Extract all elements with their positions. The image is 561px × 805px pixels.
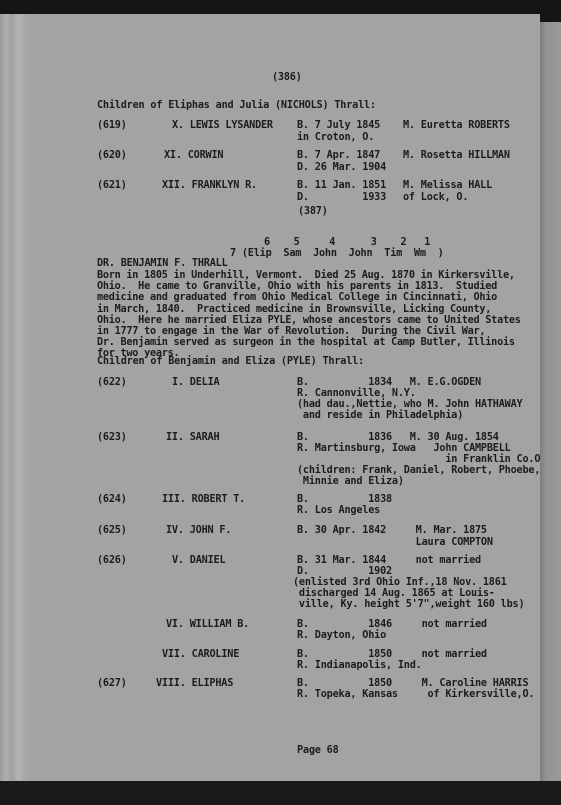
page-fold-right bbox=[540, 22, 561, 782]
entry-name: X. LEWIS LYSANDER bbox=[172, 120, 273, 133]
entry-detail: D. 1933 bbox=[297, 192, 386, 205]
page-number-top: (386) bbox=[272, 72, 302, 85]
entry-num: (627) bbox=[97, 678, 127, 691]
entry-detail: ville, Ky. height 5'7",weight 160 lbs) bbox=[293, 599, 524, 612]
entry-name: IV. JOHN F. bbox=[166, 525, 231, 538]
entry-num: (621) bbox=[97, 180, 127, 193]
entry-num: (626) bbox=[97, 555, 127, 568]
entry-detail: D. 26 Mar. 1904 bbox=[297, 162, 386, 175]
entry-name: XII. FRANKLYN R. bbox=[162, 180, 257, 193]
section2-heading: Children of Benjamin and Eliza (PYLE) Th… bbox=[97, 356, 364, 369]
entry-name: III. ROBERT T. bbox=[162, 494, 245, 507]
entry-num: (620) bbox=[97, 150, 127, 163]
biography-name: DR. BENJAMIN F. THRALL bbox=[97, 258, 228, 271]
page-footer: Page 68 bbox=[297, 745, 339, 758]
entry-marriage: M. Rosetta HILLMAN bbox=[403, 150, 510, 163]
entry-num: (624) bbox=[97, 494, 127, 507]
entry-name: VI. WILLIAM B. bbox=[166, 619, 249, 632]
biography-text: Born in 1805 in Underhill, Vermont. Died… bbox=[97, 270, 537, 360]
entry-marriage: M. Euretta ROBERTS bbox=[403, 120, 510, 133]
entry-marriage: M. Melissa HALL bbox=[403, 180, 492, 193]
entry-name: I. DELIA bbox=[172, 377, 219, 390]
entry-detail: R. Indianapolis, Ind. bbox=[297, 660, 422, 673]
entry-detail: Laura COMPTON bbox=[297, 537, 493, 550]
entry-detail: B. 11 Jan. 1851 bbox=[297, 180, 386, 193]
page-edge-left bbox=[0, 14, 32, 781]
entry-detail: B. 30 Apr. 1842 M. Mar. 1875 bbox=[297, 525, 487, 538]
entry-name: XI. CORWIN bbox=[164, 150, 223, 163]
entry-num: (623) bbox=[97, 432, 127, 445]
entry-detail: Minnie and Eliza) bbox=[297, 476, 404, 489]
entry-num: (619) bbox=[97, 120, 127, 133]
entry-name: V. DANIEL bbox=[172, 555, 225, 568]
entry-name: VII. CAROLINE bbox=[162, 649, 239, 662]
entry-marriage: of Lock, O. bbox=[403, 192, 468, 205]
entry-detail: B. 7 July 1845 bbox=[297, 120, 380, 133]
entry-detail: R. Los Angeles bbox=[297, 505, 380, 518]
scan-bottom-edge bbox=[0, 781, 561, 805]
entry-detail: R. Topeka, Kansas of Kirkersville,O. bbox=[297, 689, 534, 702]
entry-detail: in Croton, O. bbox=[297, 132, 374, 145]
page-number-mid: (387) bbox=[298, 206, 328, 219]
entry-detail: B. 7 Apr. 1847 bbox=[297, 150, 380, 163]
entry-name: VIII. ELIPHAS bbox=[156, 678, 233, 691]
entry-name: II. SARAH bbox=[166, 432, 219, 445]
lineage-names: 7 (Elip Sam John John Tim Wm ) bbox=[230, 248, 444, 261]
entry-num: (625) bbox=[97, 525, 127, 538]
entry-detail: R. Dayton, Ohio bbox=[297, 630, 386, 643]
entry-num: (622) bbox=[97, 377, 127, 390]
section1-heading: Children of Eliphas and Julia (NICHOLS) … bbox=[97, 100, 376, 113]
entry-detail: and reside in Philadelphia) bbox=[297, 410, 463, 423]
